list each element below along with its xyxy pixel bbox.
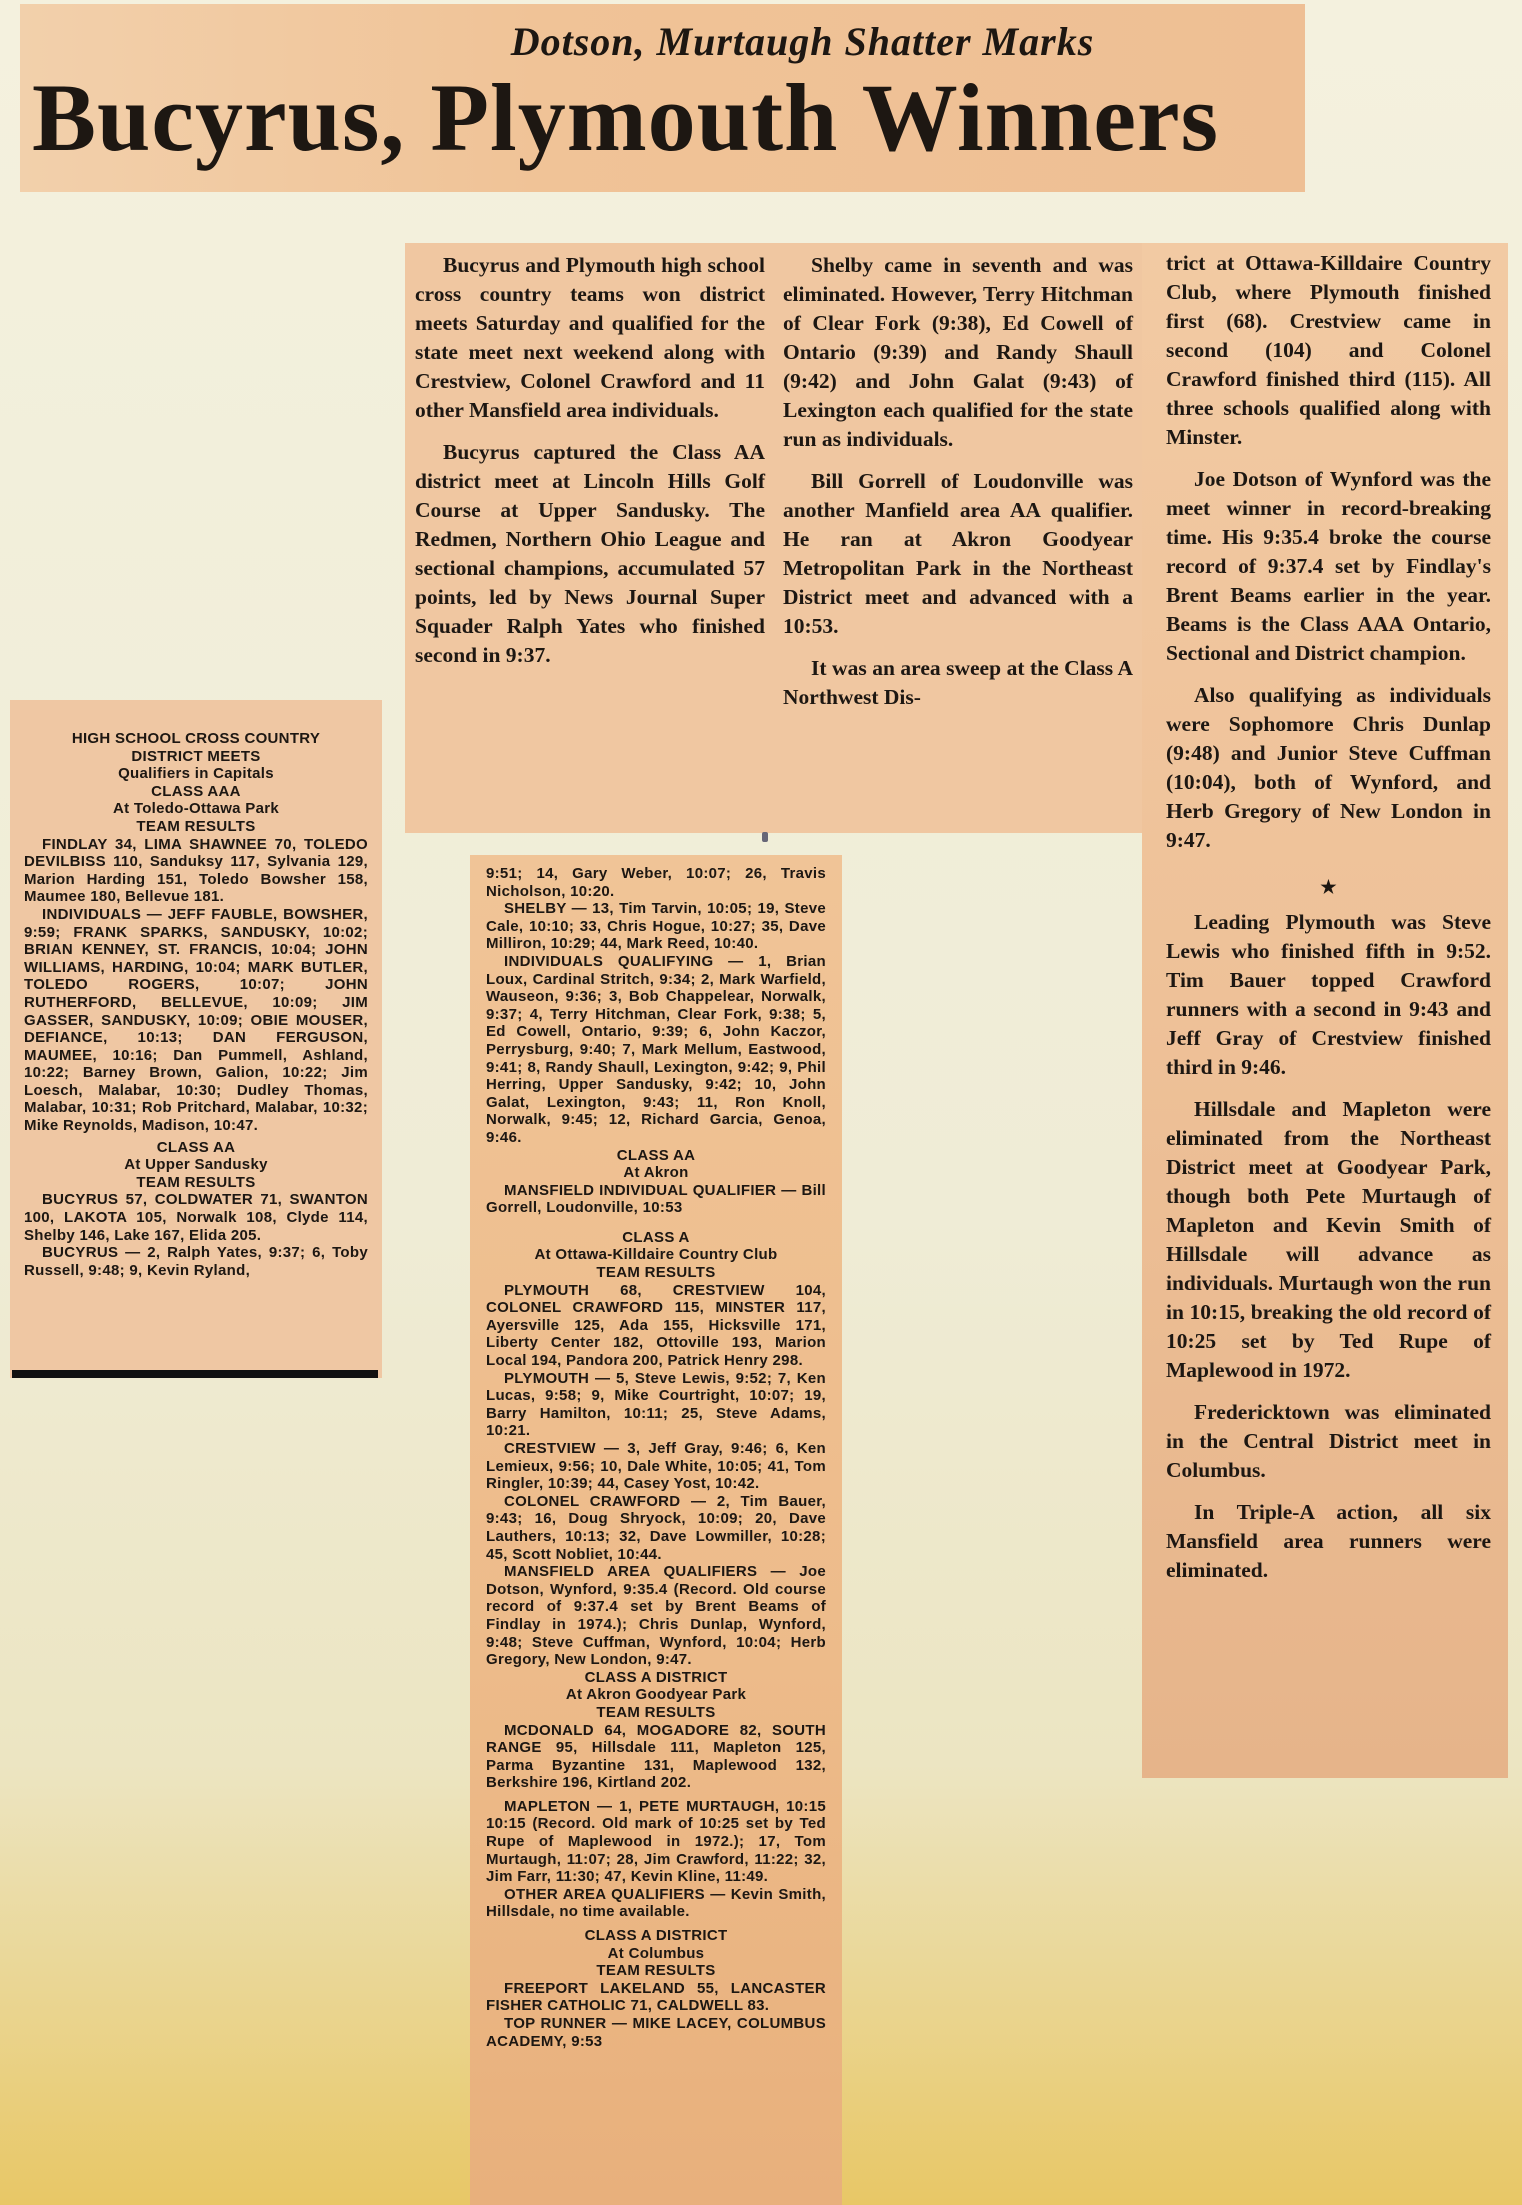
- individual-results: INDIVIDUALS — JEFF FAUBLE, BOWSHER, 9:59…: [24, 906, 368, 1135]
- class-heading: CLASS AA: [486, 1147, 826, 1165]
- team-results: BUCYRUS 57, COLDWATER 71, SWANTON 100, L…: [24, 1191, 368, 1244]
- team-results-heading: TEAM RESULTS: [486, 1962, 826, 1980]
- class-heading: CLASS A DISTRICT: [486, 1927, 826, 1945]
- individual-results: OTHER AREA QUALIFIERS — Kevin Smith, Hil…: [486, 1886, 826, 1921]
- story-paragraph: Leading Plymouth was Steve Lewis who fin…: [1166, 908, 1491, 1082]
- team-runners: COLONEL CRAWFORD — 2, Tim Bauer, 9:43; 1…: [486, 1493, 826, 1563]
- team-runners: 9:51; 14, Gary Weber, 10:07; 26, Travis …: [486, 865, 826, 900]
- story-paragraph: It was an area sweep at the Class A Nort…: [783, 654, 1133, 712]
- individual-results: MANSFIELD INDIVIDUAL QUALIFIER — Bill Go…: [486, 1182, 826, 1217]
- story-paragraph: Hillsdale and Mapleton were eliminated f…: [1166, 1095, 1491, 1385]
- story-column-3: trict at Ottawa-Killdaire Country Club, …: [1166, 249, 1491, 1598]
- story-paragraph: Bucyrus and Plymouth high school cross c…: [415, 251, 765, 425]
- kicker-headline: Dotson, Murtaugh Shatter Marks: [20, 18, 1305, 65]
- column-rule: [12, 1370, 378, 1378]
- results-note: Qualifiers in Capitals: [24, 765, 368, 783]
- star-separator-icon: ★: [1166, 873, 1491, 902]
- site-heading: At Upper Sandusky: [24, 1156, 368, 1174]
- team-results-heading: TEAM RESULTS: [486, 1704, 826, 1722]
- team-runners: SHELBY — 13, Tim Tarvin, 10:05; 19, Stev…: [486, 900, 826, 953]
- team-results-heading: TEAM RESULTS: [486, 1264, 826, 1282]
- story-column-1: Bucyrus and Plymouth high school cross c…: [415, 251, 765, 683]
- story-paragraph: Fredericktown was eliminated in the Cent…: [1166, 1398, 1491, 1485]
- story-column-2: Shelby came in seventh and was eliminate…: [783, 251, 1133, 725]
- individual-results: TOP RUNNER — MIKE LACEY, COLUMBUS ACADEM…: [486, 2015, 826, 2050]
- team-results: FINDLAY 34, LIMA SHAWNEE 70, TOLEDO DEVI…: [24, 836, 368, 906]
- story-paragraph: In Triple-A action, all six Mansfield ar…: [1166, 1498, 1491, 1585]
- story-paragraph: Bill Gorrell of Loudonville was another …: [783, 467, 1133, 641]
- results-box-middle: 9:51; 14, Gary Weber, 10:07; 26, Travis …: [470, 855, 842, 2205]
- team-results-heading: TEAM RESULTS: [24, 818, 368, 836]
- team-results: PLYMOUTH 68, CRESTVIEW 104, COLONEL CRAW…: [486, 1282, 826, 1370]
- team-runners: MAPLETON — 1, PETE MURTAUGH, 10:15 10:15…: [486, 1798, 826, 1886]
- team-results-heading: TEAM RESULTS: [24, 1174, 368, 1192]
- team-runners: BUCYRUS — 2, Ralph Yates, 9:37; 6, Toby …: [24, 1244, 368, 1279]
- team-results: FREEPORT LAKELAND 55, LANCASTER FISHER C…: [486, 1980, 826, 2015]
- class-heading: CLASS A DISTRICT: [486, 1669, 826, 1687]
- pin-mark: [762, 832, 768, 842]
- story-paragraph: Bucyrus captured the Class AA district m…: [415, 438, 765, 670]
- story-paragraph: Also qualifying as individuals were Soph…: [1166, 681, 1491, 855]
- story-paragraph: trict at Ottawa-Killdaire Country Club, …: [1166, 249, 1491, 452]
- story-paragraph: Joe Dotson of Wynford was the meet winne…: [1166, 465, 1491, 668]
- site-heading: At Akron Goodyear Park: [486, 1686, 826, 1704]
- story-clipping-right: trict at Ottawa-Killdaire Country Club, …: [1142, 243, 1508, 1778]
- team-runners: PLYMOUTH — 5, Steve Lewis, 9:52; 7, Ken …: [486, 1370, 826, 1440]
- site-heading: At Ottawa-Killdaire Country Club: [486, 1246, 826, 1264]
- results-heading: DISTRICT MEETS: [24, 748, 368, 766]
- individual-results: INDIVIDUALS QUALIFYING — 1, Brian Loux, …: [486, 953, 826, 1147]
- site-heading: At Columbus: [486, 1945, 826, 1963]
- story-paragraph: Shelby came in seventh and was eliminate…: [783, 251, 1133, 454]
- team-results: MCDONALD 64, MOGADORE 82, SOUTH RANGE 95…: [486, 1722, 826, 1792]
- class-heading: CLASS A: [486, 1229, 826, 1247]
- class-heading: CLASS AAA: [24, 783, 368, 801]
- headline-clipping: Dotson, Murtaugh Shatter Marks Bucyrus, …: [20, 4, 1305, 192]
- site-heading: At Toledo-Ottawa Park: [24, 800, 368, 818]
- results-heading: HIGH SCHOOL CROSS COUNTRY: [24, 730, 368, 748]
- class-heading: CLASS AA: [24, 1139, 368, 1157]
- site-heading: At Akron: [486, 1164, 826, 1182]
- individual-results: MANSFIELD AREA QUALIFIERS — Joe Dotson, …: [486, 1563, 826, 1669]
- results-box-left: HIGH SCHOOL CROSS COUNTRY DISTRICT MEETS…: [10, 700, 382, 1378]
- story-clipping-top: Bucyrus and Plymouth high school cross c…: [405, 243, 1145, 833]
- main-headline: Bucyrus, Plymouth Winners: [32, 70, 1219, 166]
- team-runners: CRESTVIEW — 3, Jeff Gray, 9:46; 6, Ken L…: [486, 1440, 826, 1493]
